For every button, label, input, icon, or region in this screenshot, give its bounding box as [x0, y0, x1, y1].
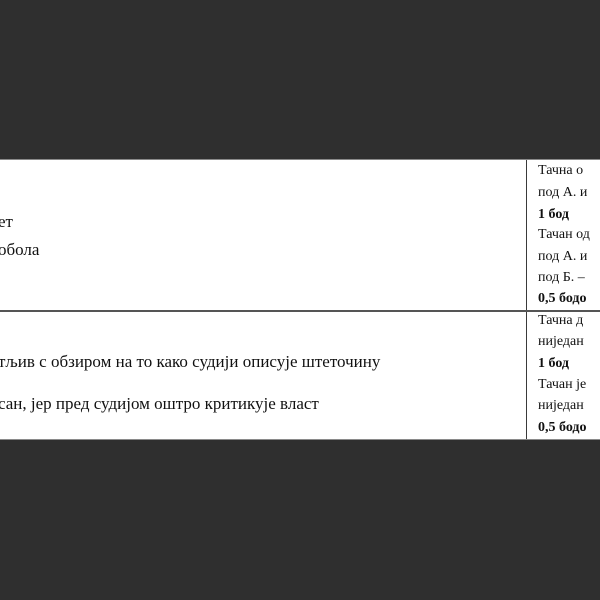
row2-scoring-line: Тачан је	[538, 374, 586, 396]
row1-scoring-points: 1 бод	[538, 204, 569, 226]
column-divider	[526, 160, 527, 439]
row-divider	[0, 310, 600, 312]
row1-scoring-line: под Б. –	[538, 267, 585, 289]
document-page: ет обола Тачна о под А. и 1 бод Тачан од…	[0, 159, 600, 440]
row1-scoring-line: под А. и	[538, 182, 587, 204]
row1-scoring-line: Тачна о	[538, 160, 583, 182]
row2-question-line: сан, јер пред судијом оштро критикује вл…	[0, 394, 319, 414]
row2-scoring-line: ниједан	[538, 331, 584, 353]
row2-scoring-points: 0,5 бодо	[538, 417, 587, 439]
row1-scoring-points: 0,5 бодо	[538, 288, 587, 310]
row1-question-line: ет	[0, 212, 13, 232]
row1-question-line: обола	[0, 240, 39, 260]
row2-scoring-points: 1 бод	[538, 353, 569, 375]
row2-scoring-line: ниједан	[538, 395, 584, 417]
row2-scoring-line: Тачна д	[538, 310, 583, 332]
row2-question-line: тљив с обзиром на то како судији описује…	[0, 352, 380, 372]
row1-scoring-line: Тачан од	[538, 224, 590, 246]
row1-scoring-line: под А. и	[538, 246, 587, 268]
